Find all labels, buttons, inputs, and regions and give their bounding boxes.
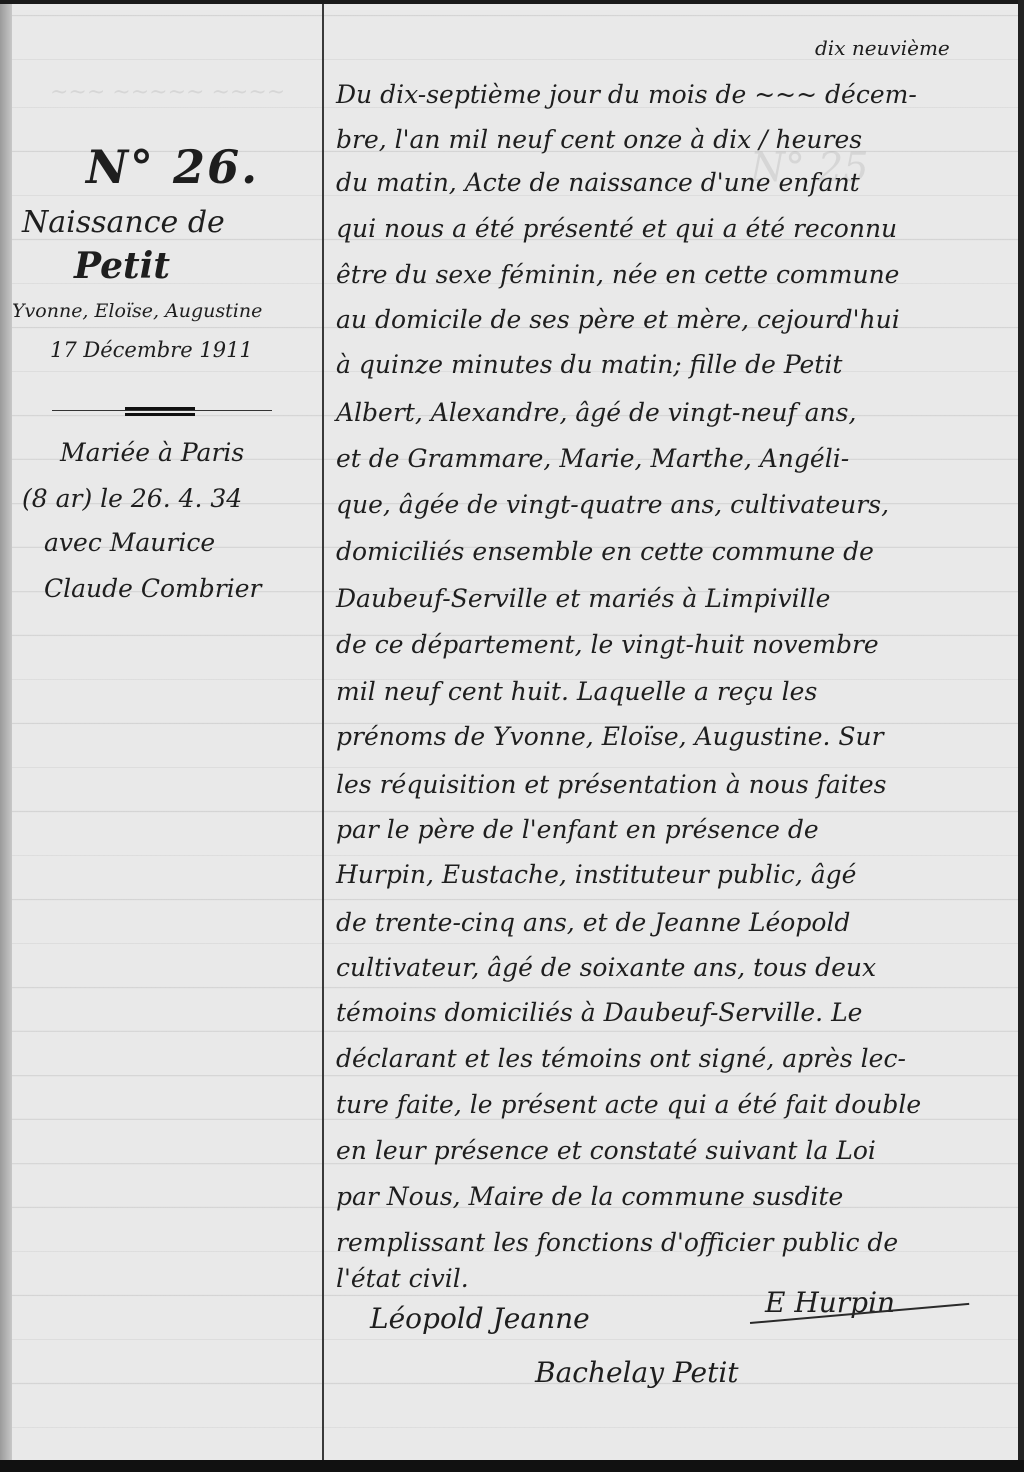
act-line: prénoms de Yvonne, Eloïse, Augustine. Su…: [336, 722, 884, 751]
act-line: par le père de l'enfant en présence de: [336, 815, 819, 844]
act-line: domiciliés ensemble en cette commune de: [336, 537, 874, 566]
bleed-through-text: ~~~ ~~~~~ ~~~~: [50, 80, 285, 105]
interlinear-insertion: dix neuvième: [815, 36, 950, 60]
margin-heading: Naissance de: [22, 205, 225, 240]
act-line: cultivateur, âgé de soixante ans, tous d…: [336, 953, 876, 982]
act-line: ture faite, le présent acte qui a été fa…: [336, 1090, 921, 1119]
margin-surname: Petit: [74, 245, 170, 287]
signature-father: Bachelay Petit: [535, 1356, 739, 1389]
act-line: les réquisition et présentation à nous f…: [336, 770, 886, 799]
margin-double-rule: [52, 405, 272, 415]
marriage-note-line: avec Maurice: [44, 528, 215, 557]
signature-witness: Léopold Jeanne: [370, 1302, 590, 1335]
act-line: à quinze minutes du matin; fille de Peti…: [336, 350, 842, 379]
act-line: être du sexe féminin, née en cette commu…: [336, 260, 899, 289]
margin-birth-date: 17 Décembre 1911: [50, 338, 253, 362]
marriage-note-line: (8 ar) le 26. 4. 34: [22, 484, 242, 513]
act-line: que, âgée de vingt-quatre ans, cultivate…: [336, 490, 889, 519]
act-line: déclarant et les témoins ont signé, aprè…: [336, 1044, 906, 1073]
act-line: témoins domiciliés à Daubeuf-Serville. L…: [336, 998, 862, 1027]
act-line: de ce département, le vingt-huit novembr…: [336, 630, 879, 659]
act-line: et de Grammare, Marie, Marthe, Angéli-: [336, 444, 849, 473]
act-line: Hurpin, Eustache, instituteur public, âg…: [336, 860, 856, 889]
page-right-edge: [1018, 0, 1024, 1472]
page-binding-edge: [0, 4, 12, 1460]
marriage-note-line: Claude Combrier: [44, 574, 261, 603]
page-bottom-edge: [0, 1460, 1024, 1472]
act-line: mil neuf cent huit. Laquelle a reçu les: [336, 677, 817, 706]
act-line: l'état civil.: [336, 1264, 469, 1293]
act-line: par Nous, Maire de la commune susdite: [336, 1182, 843, 1211]
act-line: Du dix-septième jour du mois de ~~~ déce…: [336, 80, 917, 109]
marriage-note-line: Mariée à Paris: [60, 438, 244, 467]
act-line: au domicile de ses père et mère, cejourd…: [336, 305, 900, 334]
act-line: remplissant les fonctions d'officier pub…: [336, 1228, 898, 1257]
act-line: Albert, Alexandre, âgé de vingt-neuf ans…: [336, 398, 856, 427]
column-divider: [322, 4, 324, 1460]
margin-given-names: Yvonne, Eloïse, Augustine: [12, 300, 262, 322]
act-line: en leur présence et constaté suivant la …: [336, 1136, 876, 1165]
act-line: Daubeuf-Serville et mariés à Limpiville: [336, 584, 830, 613]
record-number: N° 26.: [86, 140, 259, 194]
act-line: du matin, Acte de naissance d'une enfant: [336, 168, 860, 197]
act-line: de trente-cinq ans, et de Jeanne Léopold: [336, 908, 850, 937]
act-line: qui nous a été présenté et qui a été rec…: [336, 214, 897, 243]
act-line: bre, l'an mil neuf cent onze à dix / heu…: [336, 125, 862, 154]
